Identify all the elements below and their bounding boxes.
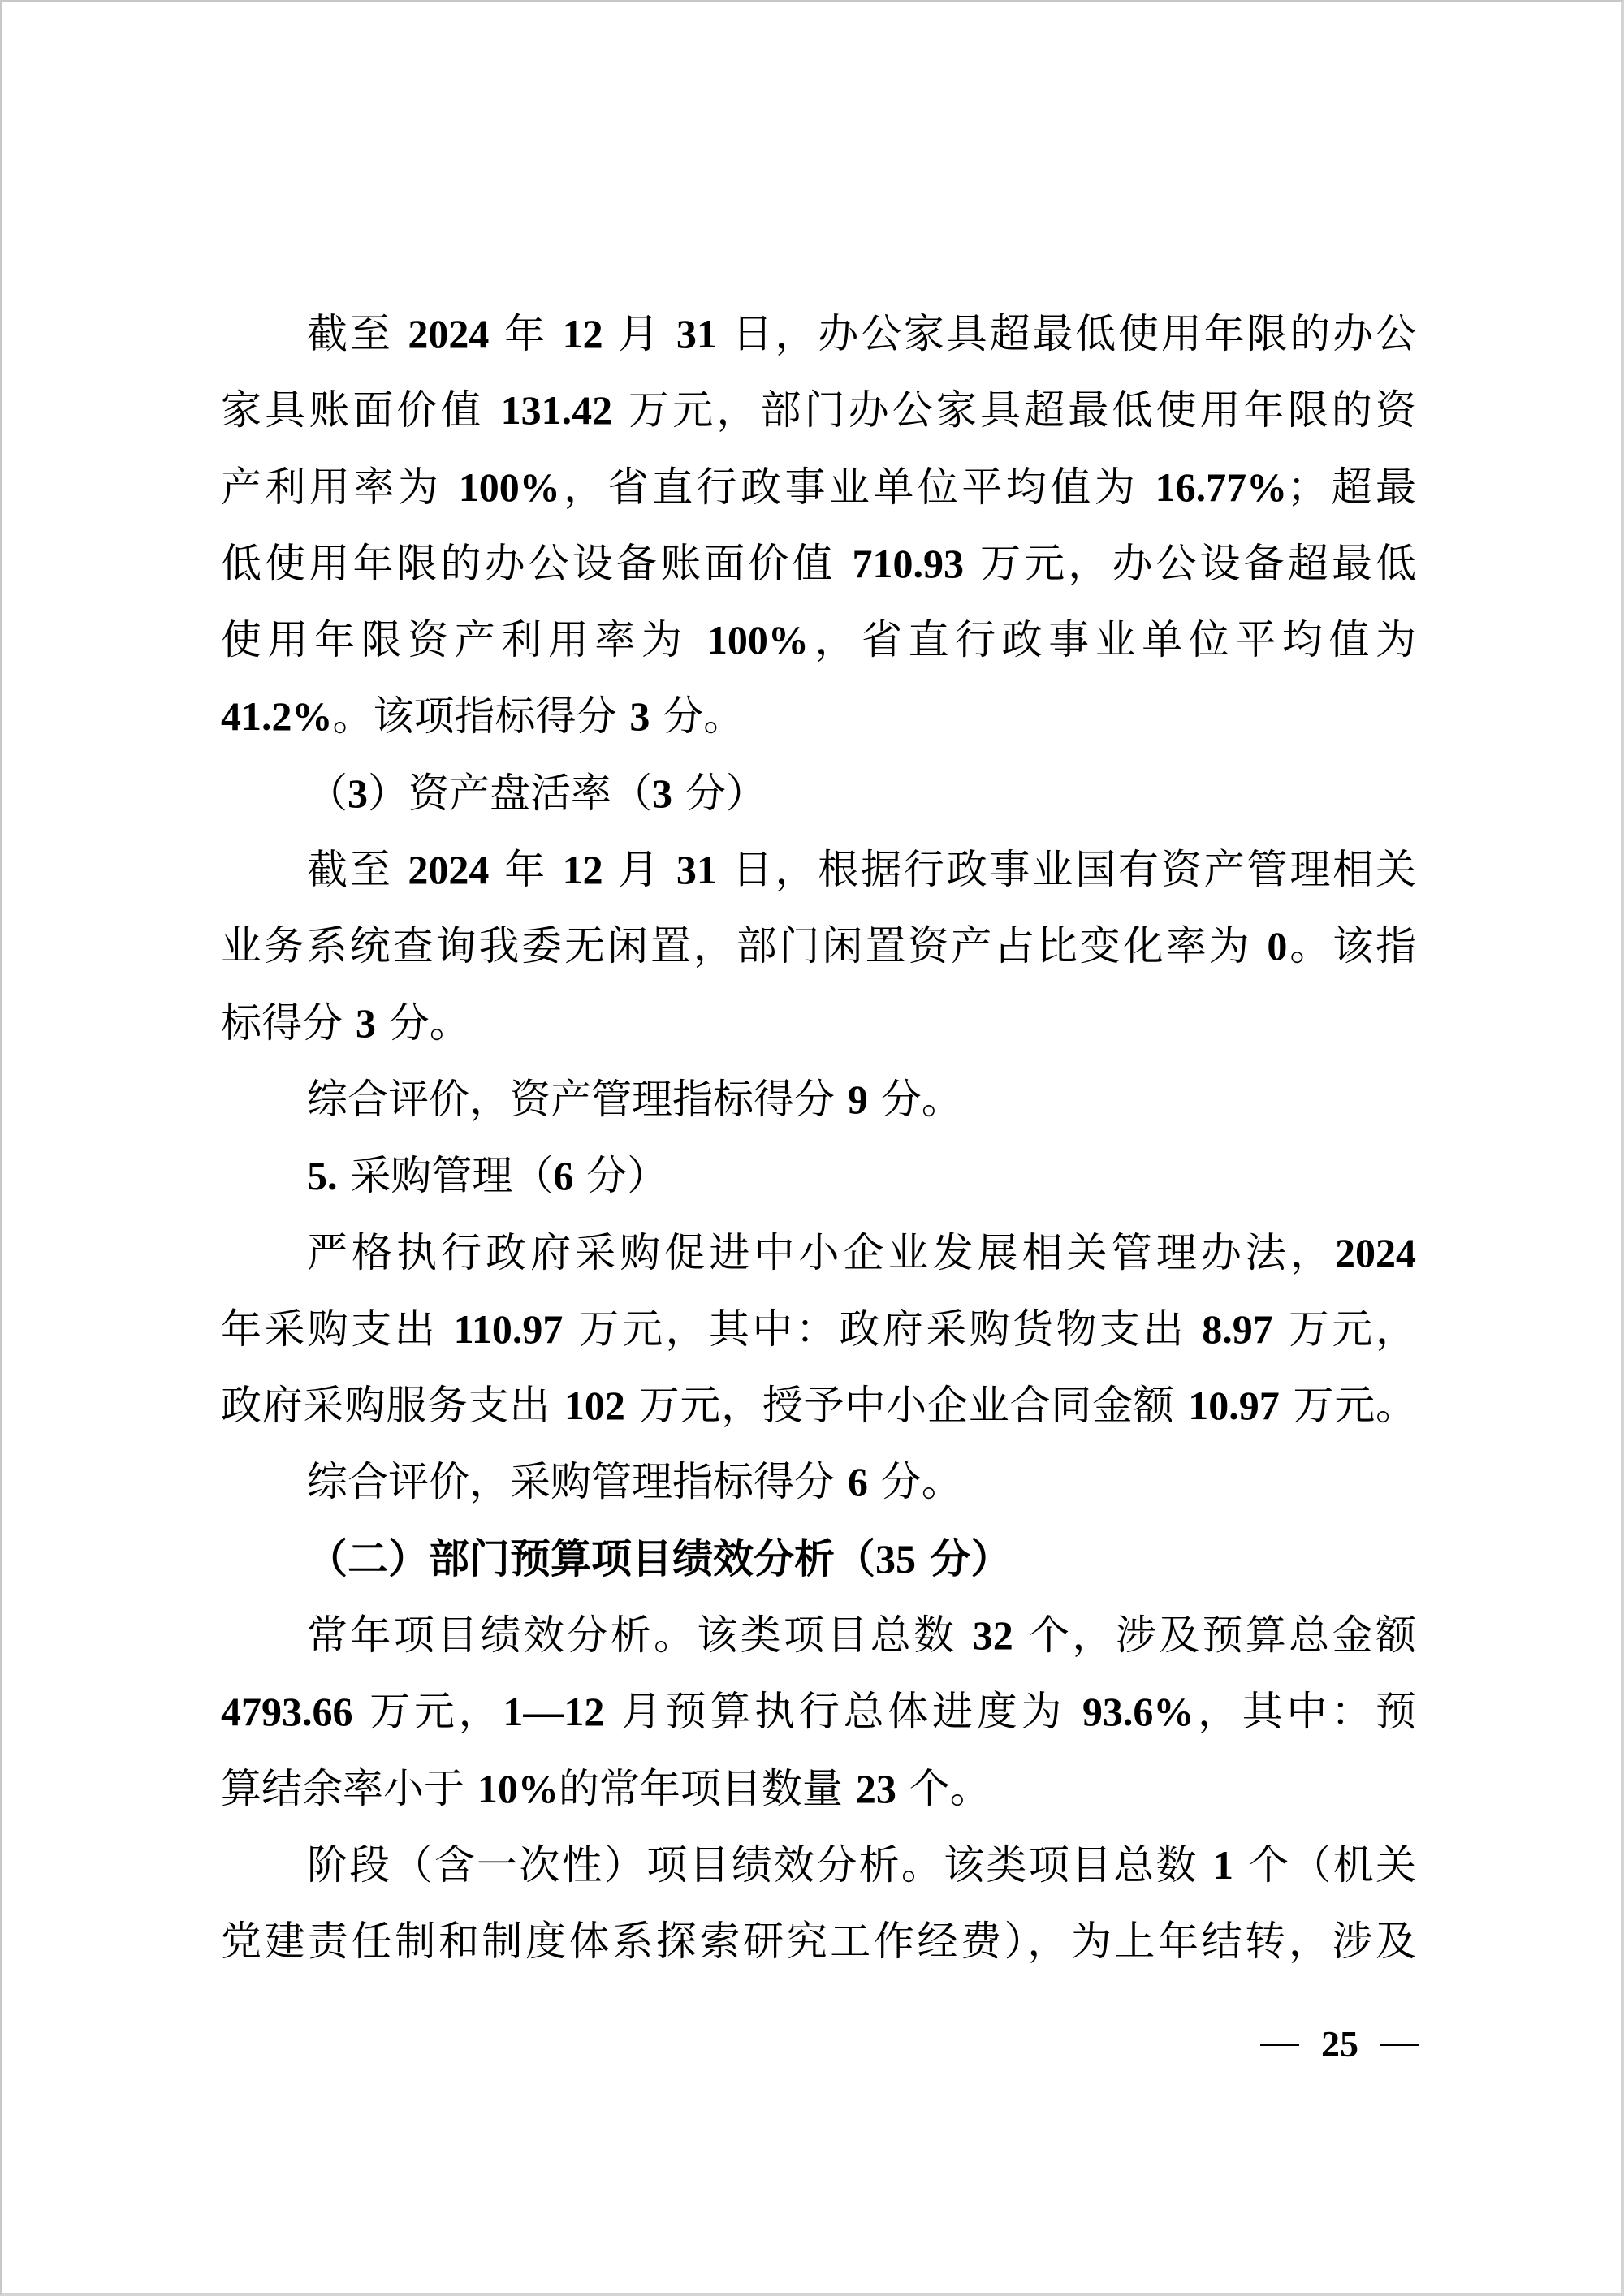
text-segment: 日，根据行政事业国有资产管理相关 [717,846,1416,893]
section-heading-line: （3）资产盘活率（3 分） [221,763,1416,839]
section-heading-line: 综合评价，采购管理指标得分 6 分。 [221,1452,1416,1528]
text-segment: 个。 [896,1765,991,1812]
text-segment: 采购管理（ [338,1152,554,1199]
document-body: 截至 2024 年 12 月 31 日，办公家具超最低使用年限的办公家具账面价值… [221,304,1416,1988]
bold-value: 31 [676,847,717,892]
text-segment: ，省直行政事业单位平均值为 [809,616,1416,663]
text-segment: 万元， [1273,1306,1416,1353]
bold-value: 8.97 [1202,1306,1273,1352]
text-segment: 万元，其中：政府采购货物支出 [563,1306,1202,1353]
bold-value: 10.97 [1188,1383,1280,1428]
bold-value: 3 [356,1000,376,1046]
text-segment: 分） [573,1152,667,1199]
bold-value: 3 [652,770,672,816]
text-segment: 使用年限资产利用率为 [221,616,707,663]
paragraph-first-line: 截至 2024 年 12 月 31 日，办公家具超最低使用年限的办公 [221,304,1416,380]
text-segment: 个（机关 [1233,1841,1416,1888]
section-heading-strong: （二）部门预算项目绩效分析（35 分） [221,1529,1416,1605]
text-segment: 年采购支出 [221,1306,454,1353]
text-segment: 低使用年限的办公设备账面价值 [221,540,853,587]
text-segment: 的常年项目数量 [559,1765,856,1812]
text-segment: 严格执行政府采购促进中小企业发展相关管理办法， [307,1229,1335,1276]
text-segment: 常年项目绩效分析。该类项目总数 [307,1612,973,1659]
paragraph-line: 年采购支出 110.97 万元，其中：政府采购货物支出 8.97 万元， [221,1299,1416,1375]
text-segment: 标得分 [221,999,356,1047]
paragraph-line: 业务系统查询我委无闲置，部门闲置资产占比变化率为 0。该指 [221,916,1416,992]
section-heading-line: 综合评价，资产管理指标得分 9 分。 [221,1069,1416,1146]
text-segment: 综合评价，资产管理指标得分 [307,1076,848,1123]
bold-value: 93.6% [1082,1689,1194,1734]
bold-value: 100% [707,617,809,662]
bold-value: 41.2% [221,693,333,739]
text-segment: 月 [603,846,676,893]
bold-value: 710.93 [853,541,965,586]
paragraph-line: 低使用年限的办公设备账面价值 710.93 万元，办公设备超最低 [221,533,1416,610]
text-segment: 算结余率小于 [221,1765,477,1812]
section-heading-line: 5. 采购管理（6 分） [221,1146,1416,1222]
text-segment: ，省直行政事业单位平均值为 [560,464,1155,511]
bold-value: 9 [848,1077,868,1122]
text-segment: （二）部门预算项目绩效分析（ [307,1534,875,1582]
text-segment: 个，涉及预算总金额 [1013,1612,1416,1659]
text-segment: 日，办公家具超最低使用年限的办公 [717,310,1416,357]
bold-value: 6 [553,1153,573,1198]
text-segment: ，其中：预 [1194,1688,1416,1735]
text-segment: 年 [489,310,562,357]
page-number: 25 [1260,2020,1419,2069]
paragraph-last-line: 标得分 3 分。 [221,993,1416,1069]
page-number-left-dash [1260,2044,1299,2046]
text-segment: ；超最 [1287,464,1416,511]
page-number-right-dash [1380,2044,1419,2046]
text-segment: 万元，部门办公家具超最低使用年限的资 [612,386,1416,434]
text-segment: 月预算执行总体进度为 [604,1688,1082,1735]
bold-value: 6 [848,1459,868,1504]
paragraph-line: 政府采购服务支出 102 万元，授予中小企业合同金额 10.97 万元。 [221,1375,1416,1452]
bold-value: 5. [307,1153,338,1198]
paragraph-first-line: 严格执行政府采购促进中小企业发展相关管理办法，2024 [221,1223,1416,1299]
bold-value: 1 [1213,1842,1233,1888]
text-segment: 分。 [376,999,470,1047]
bold-value: 131.42 [501,387,613,433]
text-segment: 分。 [868,1458,962,1505]
text-segment: 截至 [307,846,408,893]
bold-value: 12 [563,311,603,356]
bold-value: 16.77% [1155,464,1288,510]
paragraph-first-line: 常年项目绩效分析。该类项目总数 32 个，涉及预算总金额 [221,1605,1416,1681]
text-segment: 家具账面价值 [221,386,501,434]
text-segment: ）资产盘活率（ [368,770,652,817]
paragraph-last-line: 41.2%。该项指标得分 3 分。 [221,686,1416,762]
text-segment: 万元。 [1280,1382,1416,1429]
bold-value: 100% [459,464,560,510]
text-segment: 阶段（含一次性）项目绩效分析。该类项目总数 [307,1841,1213,1888]
paragraph-line: 产利用率为 100%，省直行政事业单位平均值为 16.77%；超最 [221,457,1416,533]
text-segment: 综合评价，采购管理指标得分 [307,1458,848,1505]
text-segment: 年 [489,846,562,893]
text-segment: 万元， [353,1688,503,1735]
text-segment: 政府采购服务支出 [221,1382,564,1429]
text-segment: 业务系统查询我委无闲置，部门闲置资产占比变化率为 [221,922,1267,969]
paragraph-first-line: 截至 2024 年 12 月 31 日，根据行政事业国有资产管理相关 [221,839,1416,916]
text-segment: 分） [672,770,767,817]
text-segment: 分。 [650,693,744,740]
paragraph-first-line: 阶段（含一次性）项目绩效分析。该类项目总数 1 个（机关 [221,1835,1416,1911]
bold-value: 1—12 [503,1689,604,1734]
bold-value: 2024 [408,847,489,892]
bold-value: 23 [856,1766,896,1811]
bold-value: 0 [1267,923,1287,969]
bold-value: 10% [477,1766,559,1811]
bold-value: 2024 [1335,1230,1416,1275]
bold-value: 3 [629,693,650,739]
paragraph-last-line: 算结余率小于 10%的常年项目数量 23 个。 [221,1759,1416,1835]
text-segment: 分） [916,1534,1011,1582]
paragraph-line: 家具账面价值 131.42 万元，部门办公家具超最低使用年限的资 [221,380,1416,456]
bold-value: 4793.66 [221,1689,353,1734]
text-segment: 。该指 [1287,922,1416,969]
text-segment: 万元，授予中小企业合同金额 [625,1382,1188,1429]
text-segment: （ [307,770,348,817]
paragraph-line: 4793.66 万元，1—12 月预算执行总体进度为 93.6%，其中：预 [221,1681,1416,1758]
page-number-value: 25 [1321,2020,1358,2069]
text-segment: 月 [603,310,676,357]
text-segment: 产利用率为 [221,464,459,511]
text-segment: 。该项指标得分 [333,693,630,740]
bold-value: 110.97 [454,1306,564,1352]
bold-value: 2024 [408,311,489,356]
bold-value: 102 [564,1383,625,1428]
bold-value: 32 [973,1612,1013,1658]
bold-value: 3 [348,770,368,816]
bold-value: 35 [875,1536,916,1582]
paragraph-line: 党建责任制和制度体系探索研究工作经费），为上年结转，涉及 [221,1911,1416,1987]
text-segment: 分。 [868,1076,962,1123]
text-segment: 万元，办公设备超最低 [964,540,1416,587]
paragraph-line: 使用年限资产利用率为 100%，省直行政事业单位平均值为 [221,610,1416,686]
text-segment: 截至 [307,310,408,357]
document-page: 截至 2024 年 12 月 31 日，办公家具超最低使用年限的办公家具账面价值… [0,0,1624,2296]
text-segment: 党建责任制和制度体系探索研究工作经费），为上年结转，涉及 [221,1918,1416,1965]
bold-value: 31 [676,311,717,356]
bold-value: 12 [563,847,603,892]
